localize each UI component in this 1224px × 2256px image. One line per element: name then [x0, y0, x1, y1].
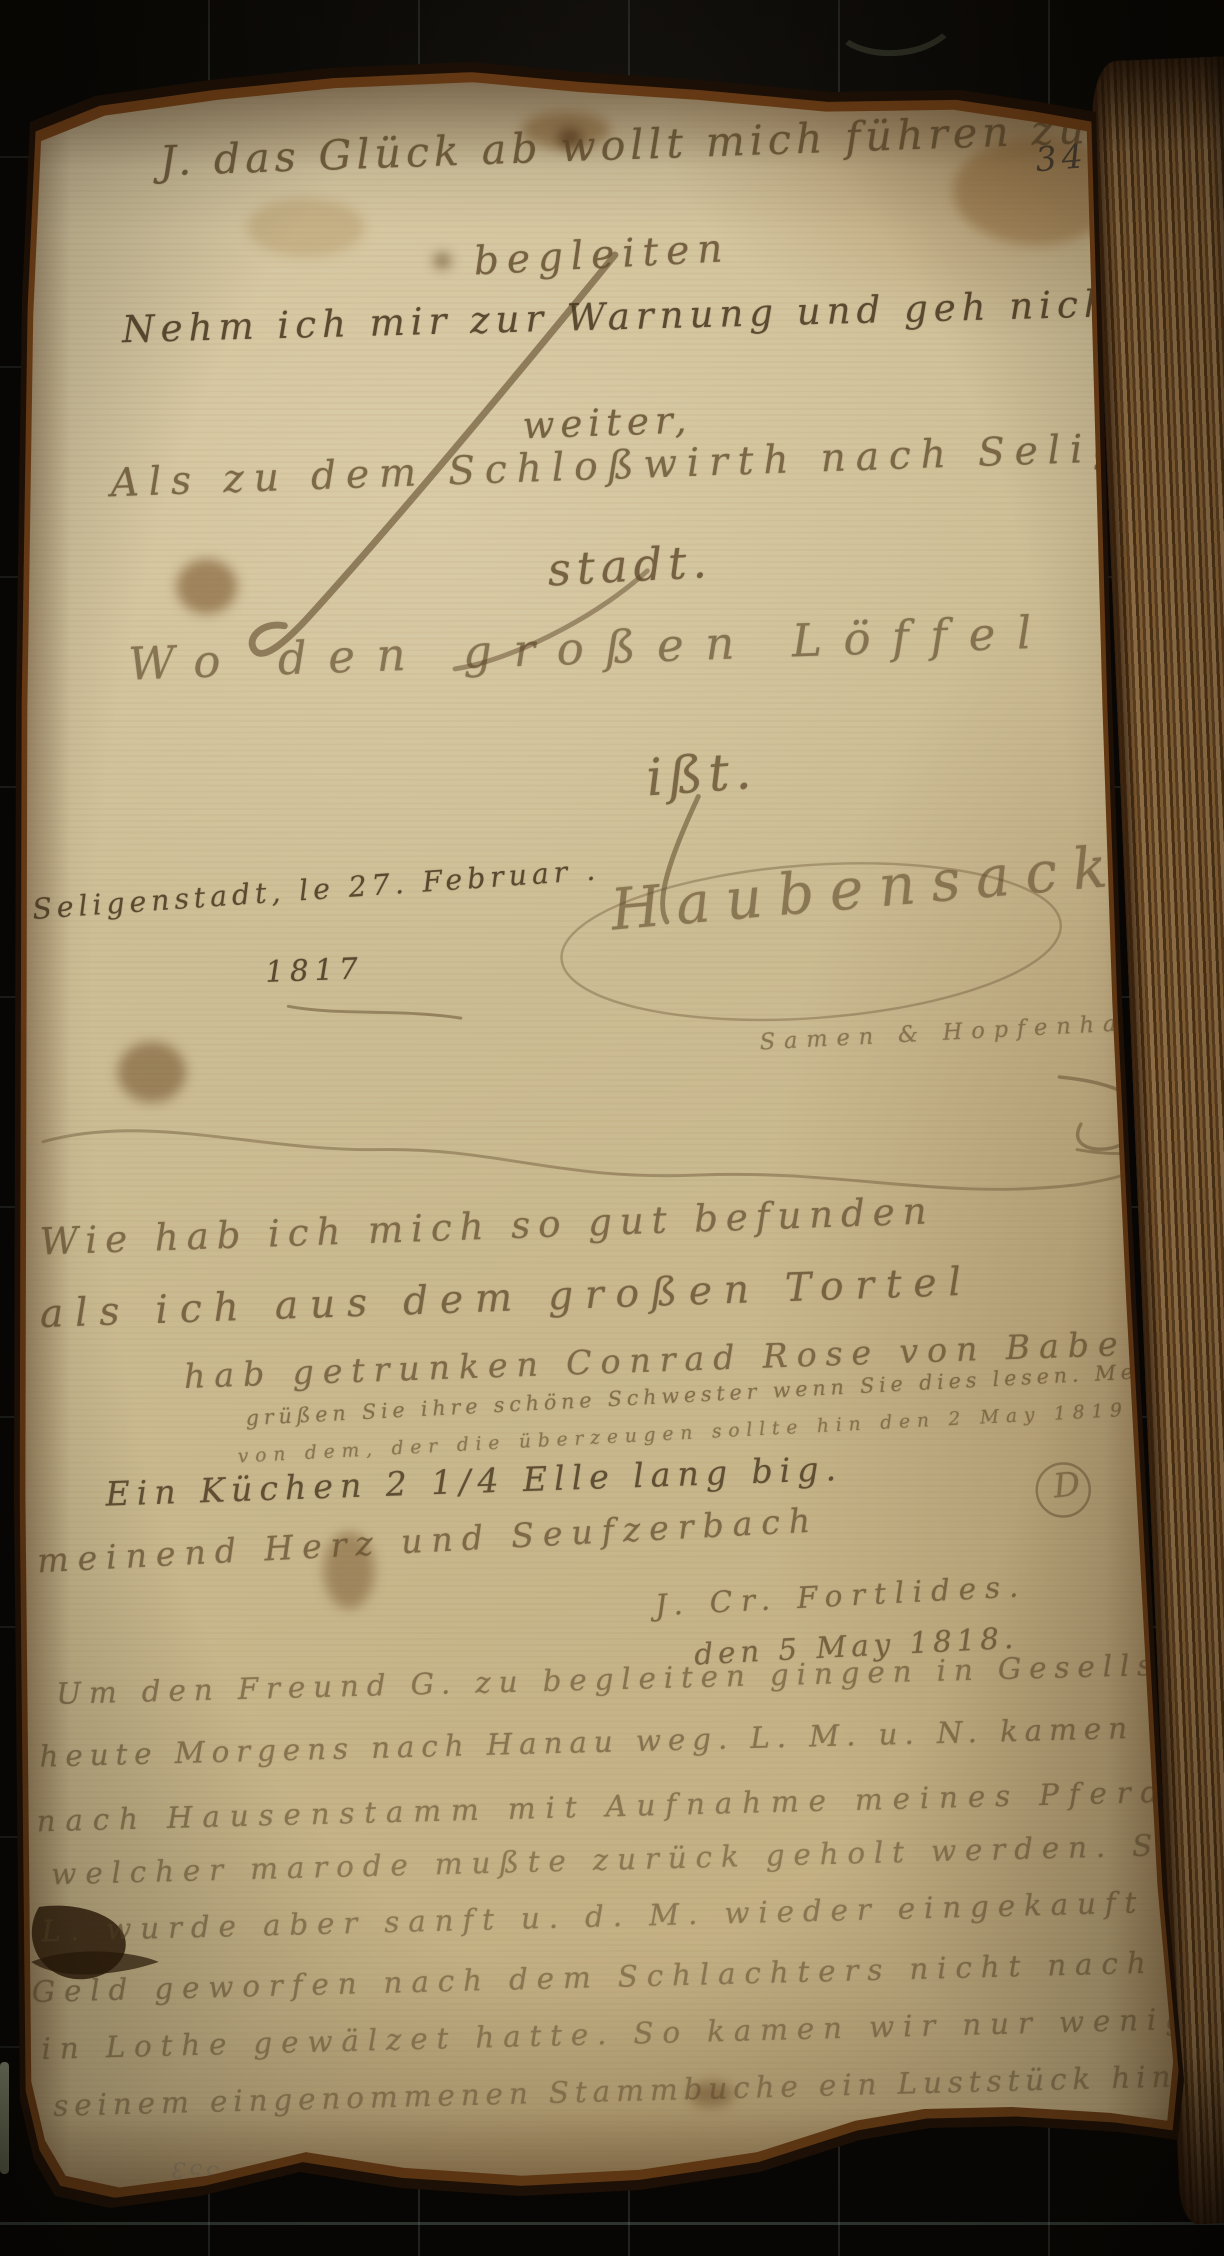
scan-photo: 340 J. das Glück ab wollt mich führen zu…	[0, 0, 1224, 2256]
dateline-year: 1817	[265, 952, 365, 990]
mat-grid-line	[0, 2222, 1224, 2225]
handwritten-line: stadt.	[546, 535, 713, 597]
handwritten-line: ißt.	[644, 742, 758, 808]
handwritten-line: weiter,	[522, 398, 693, 447]
mat-edge-highlight	[0, 2062, 9, 2174]
manuscript-page: 340 J. das Glück ab wollt mich führen zu…	[12, 21, 1213, 2234]
monogram: D	[1051, 1465, 1082, 1507]
